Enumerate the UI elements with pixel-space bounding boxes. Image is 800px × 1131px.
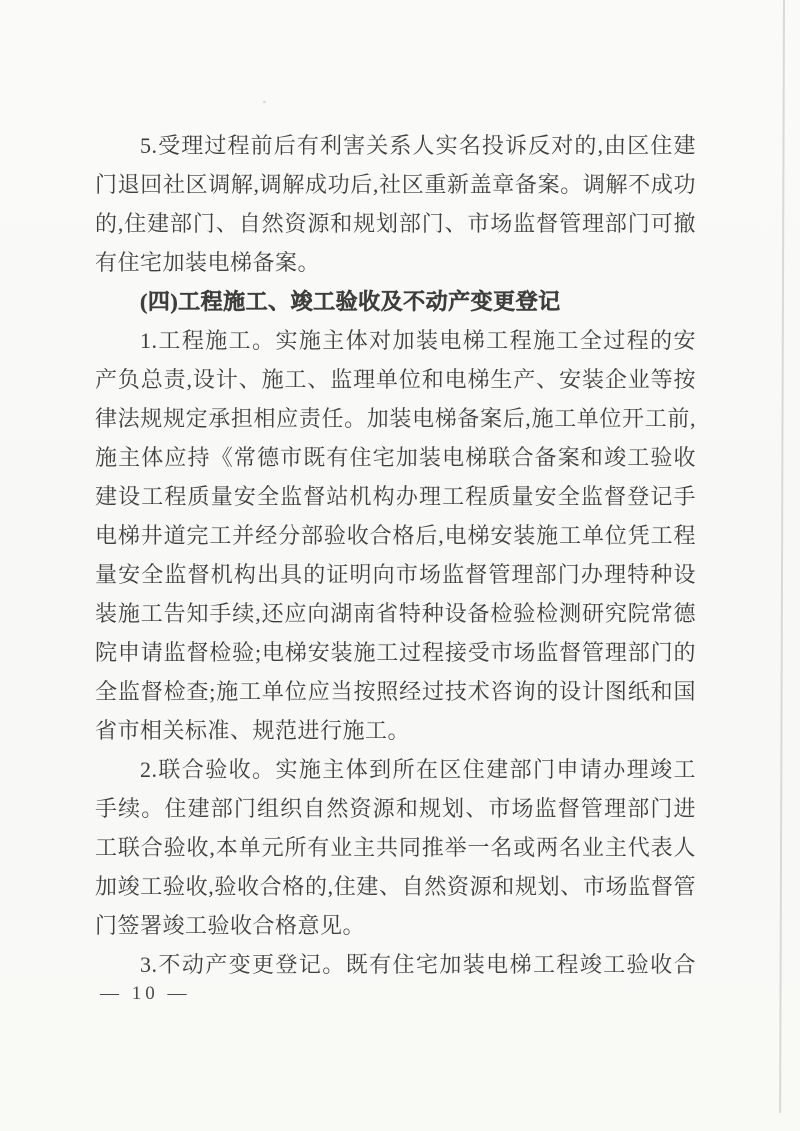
text-line: 建设工程质量安全监督站机构办理工程质量安全监督登记手续, xyxy=(95,477,696,516)
section-heading: (四)工程施工、竣工验收及不动产变更登记 xyxy=(95,282,696,321)
text-line: 5.受理过程前后有利害关系人实名投诉反对的,由区住建部 xyxy=(95,126,696,165)
text-line: 律法规规定承担相应责任。加装电梯备案后,施工单位开工前,实 xyxy=(95,399,696,438)
text-line: 门退回社区调解,调解成功后,社区重新盖章备案。调解不成功 xyxy=(95,165,696,204)
text-line: 全监督检查;施工单位应当按照经过技术咨询的设计图纸和国家、 xyxy=(95,672,696,711)
text-line: 量安全监督机构出具的证明向市场监督管理部门办理特种设备安 xyxy=(95,555,696,594)
text-line: 工联合验收,本单元所有业主共同推举一名或两名业主代表人参 xyxy=(95,828,696,867)
text-line: 3.不动产变更登记。既有住宅加装电梯工程竣工验收合格 xyxy=(95,945,696,984)
text-line: 装施工告知手续,还应向湖南省特种设备检验检测研究院常德分 xyxy=(95,594,696,633)
text-line: 加竣工验收,验收合格的,住建、自然资源和规划、市场监督管理部 xyxy=(95,867,696,906)
page-number: — 10 — xyxy=(100,980,191,1008)
text-line: 产负总责,设计、施工、监理单位和电梯生产、安装企业等按有关法 xyxy=(95,360,696,399)
text-line: 省市相关标准、规范进行施工。 xyxy=(95,711,696,750)
text-line: 2.联合验收。实施主体到所在区住建部门申请办理竣工验收 xyxy=(95,750,696,789)
text-line: 有住宅加装电梯备案。 xyxy=(95,243,696,282)
text-line: 1.工程施工。实施主体对加装电梯工程施工全过程的安全生 xyxy=(95,321,696,360)
text-line: 电梯井道完工并经分部验收合格后,电梯安装施工单位凭工程质 xyxy=(95,516,696,555)
document-body: 5.受理过程前后有利害关系人实名投诉反对的,由区住建部门退回社区调解,调解成功后… xyxy=(95,126,696,984)
text-line: 的,住建部门、自然资源和规划部门、市场监督管理部门可撤销既 xyxy=(95,204,696,243)
text-line: 手续。住建部门组织自然资源和规划、市场监督管理部门进行竣 xyxy=(95,789,696,828)
scan-speck xyxy=(263,101,266,103)
text-line: 门签署竣工验收合格意见。 xyxy=(95,906,696,945)
text-line: 施主体应持《常德市既有住宅加装电梯联合备案和竣工验收表》到 xyxy=(95,438,696,477)
text-line: 院申请监督检验;电梯安装施工过程接受市场监督管理部门的安 xyxy=(95,633,696,672)
